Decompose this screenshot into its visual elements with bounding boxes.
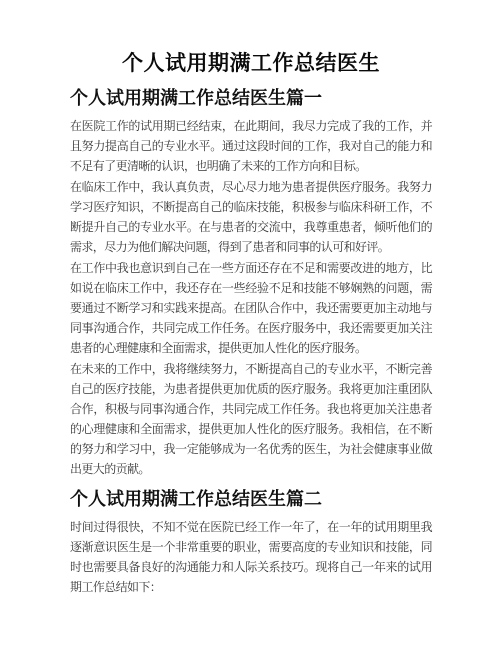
section-heading-2: 个人试用期满工作总结医生篇二 [70, 488, 432, 512]
section1-paragraph-2: 在临床工作中，我认真负责，尽心尽力地为患者提供医疗服务。我努力学习医疗知识，不断… [70, 177, 432, 257]
document-title: 个人试用期满工作总结医生 [70, 50, 432, 76]
document-content: 个人试用期满工作总结医生 个人试用期满工作总结医生篇一 在医院工作的试用期已经结… [0, 0, 500, 597]
section2-paragraph-1: 时间过得很快，不知不觉在医院已经工作一年了，在一年的试用期里我逐渐意识医生是一个… [70, 517, 432, 597]
section1-paragraph-4: 在未来的工作中，我将继续努力，不断提高自己的专业水平，不断完善自己的医疗技能，为… [70, 359, 432, 479]
section-heading-1: 个人试用期满工作总结医生篇一 [70, 87, 432, 111]
document-page: 个人试用期满工作总结医生 个人试用期满工作总结医生篇一 在医院工作的试用期已经结… [0, 0, 500, 647]
section1-paragraph-3: 在工作中我也意识到自己在一些方面还存在不足和需要改进的地方，比如说在临床工作中，… [70, 258, 432, 358]
section1-paragraph-1: 在医院工作的试用期已经结束，在此期间，我尽力完成了我的工作，并且努力提高自己的专… [70, 116, 432, 176]
